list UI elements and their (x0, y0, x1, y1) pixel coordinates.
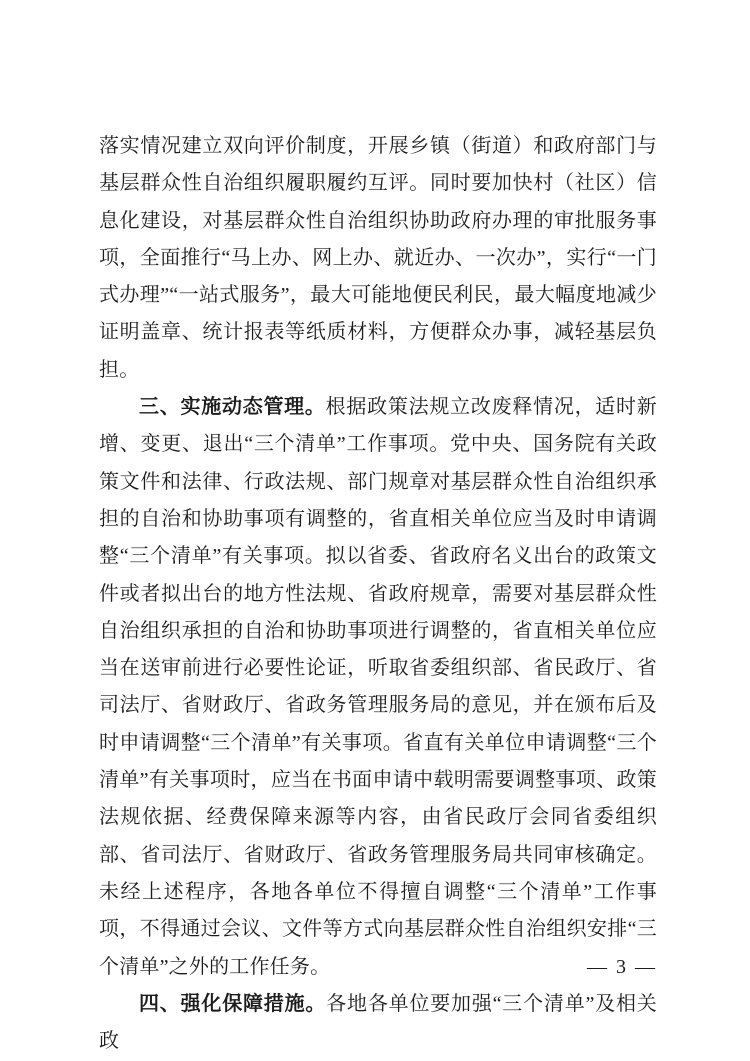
paragraph: 落实情况建立双向评价制度，开展乡镇（街道）和政府部门与基层群众性自治组织履职履约… (99, 128, 657, 389)
paragraph-text: 落实情况建立双向评价制度，开展乡镇（街道）和政府部门与基层群众性自治组织履职履约… (99, 135, 657, 381)
section-heading-dynamic-management: 三、实施动态管理。 (139, 396, 326, 418)
document-body: 落实情况建立双向评价制度，开展乡镇（街道）和政府部门与基层群众性自治组织履职履约… (99, 128, 657, 1060)
paragraph: 四、强化保障措施。各地各单位要加强“三个清单”及相关政 (99, 986, 657, 1061)
section-heading-safeguard-measures: 四、强化保障措施。 (139, 993, 326, 1015)
paragraph: 三、实施动态管理。根据政策法规立改废释情况，适时新增、变更、退出“三个清单”工作… (99, 389, 657, 986)
page-number: — 3 — (587, 956, 657, 979)
document-page: 落实情况建立双向评价制度，开展乡镇（街道）和政府部门与基层群众性自治组织履职履约… (0, 0, 750, 1061)
paragraph-text: 根据政策法规立改废释情况，适时新增、变更、退出“三个清单”工作事项。党中央、国务… (99, 396, 657, 977)
